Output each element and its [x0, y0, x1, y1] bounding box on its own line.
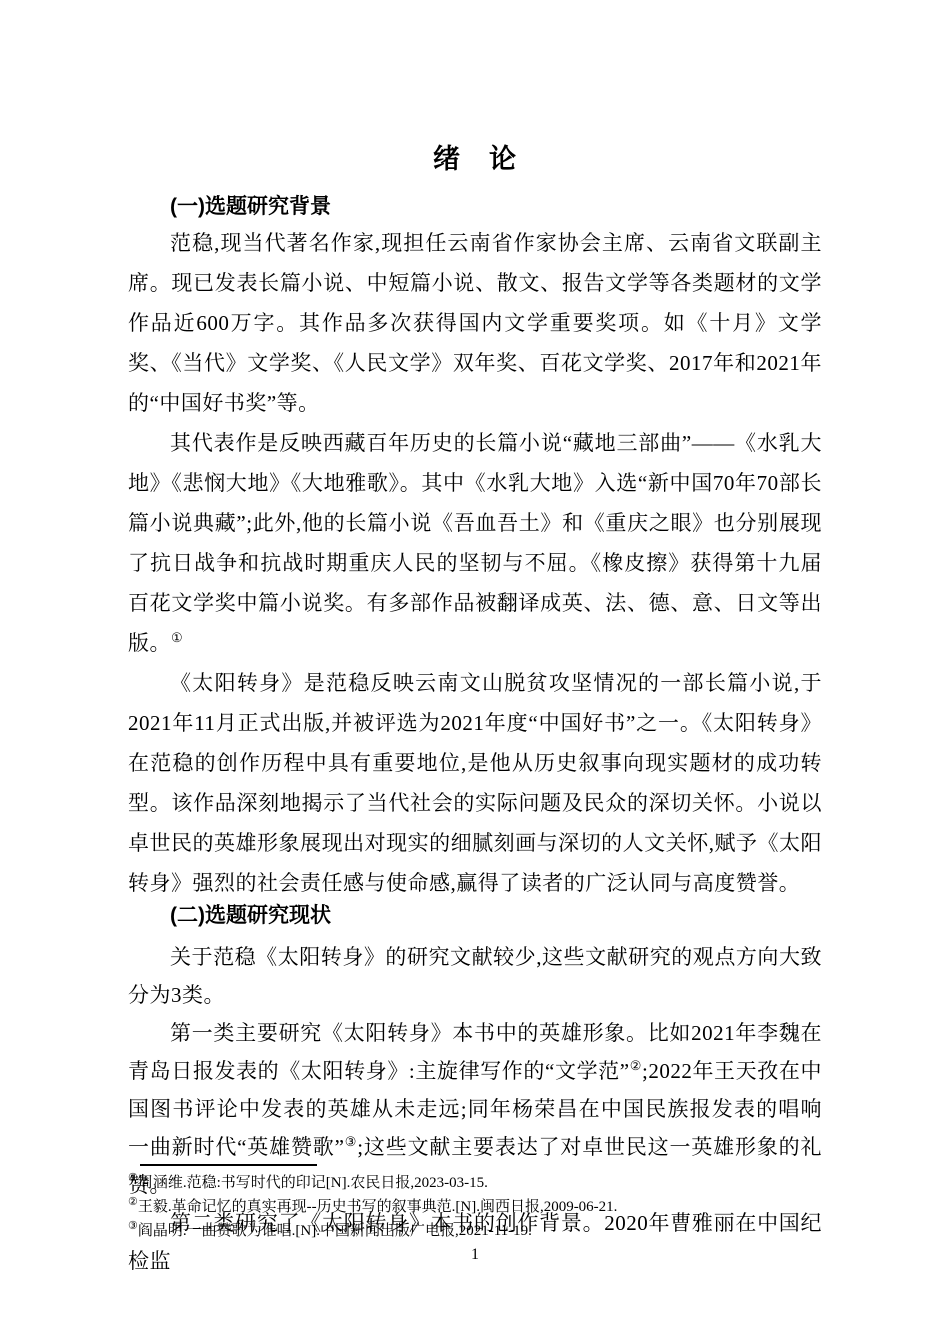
footnote-ref-marker: ③	[344, 1134, 357, 1149]
footnote-ref-marker: ②	[128, 1196, 138, 1208]
body-paragraph: 《太阳转身》是范稳反映云南文山脱贫攻坚情况的一部长篇小说,于2021年11月正式…	[128, 663, 822, 903]
footnote-ref-marker: ③	[128, 1220, 138, 1232]
footnote-ref-marker: ②	[630, 1058, 642, 1073]
section-research-background: (一)选题研究背景 范稳,现当代著名作家,现担任云南省作家协会主席、云南省文联副…	[128, 196, 822, 903]
footnote-separator	[140, 1164, 317, 1166]
section-1-heading: (一)选题研究背景	[128, 196, 822, 218]
footnote-ref-marker: ①	[128, 1172, 138, 1184]
page-number: 1	[0, 1245, 950, 1265]
body-paragraph: 其代表作是反映西藏百年历史的长篇小说“藏地三部曲”——《水乳大地》《悲悯大地》《…	[128, 423, 822, 663]
section-2-heading: (二)选题研究现状	[128, 905, 822, 927]
body-paragraph: 范稳,现当代著名作家,现担任云南省作家协会主席、云南省文联副主席。现已发表长篇小…	[128, 223, 822, 423]
body-paragraph: 关于范稳《太阳转身》的研究文献较少,这些文献研究的观点方向大致分为3类。	[128, 938, 822, 1014]
document-page: 绪 论 (一)选题研究背景 范稳,现当代著名作家,现担任云南省作家协会主席、云南…	[0, 0, 950, 1344]
page-title: 绪 论	[128, 145, 822, 173]
footnote: ①周涵维.范稳:书写时代的印记[N].农民日报,2023-03-15.	[128, 1171, 822, 1195]
footnote: ③阎晶明.一曲赞歌为谁唱.[N].中国新闻出版广电报,2021-11-19.	[128, 1219, 822, 1243]
footnotes-area: ①周涵维.范稳:书写时代的印记[N].农民日报,2023-03-15. ②王毅.…	[128, 1164, 822, 1243]
footnote: ②王毅.革命记忆的真实再现--历史书写的叙事典范.[N].闽西日报,2009-0…	[128, 1195, 822, 1219]
footnote-ref-marker: ①	[171, 630, 183, 645]
